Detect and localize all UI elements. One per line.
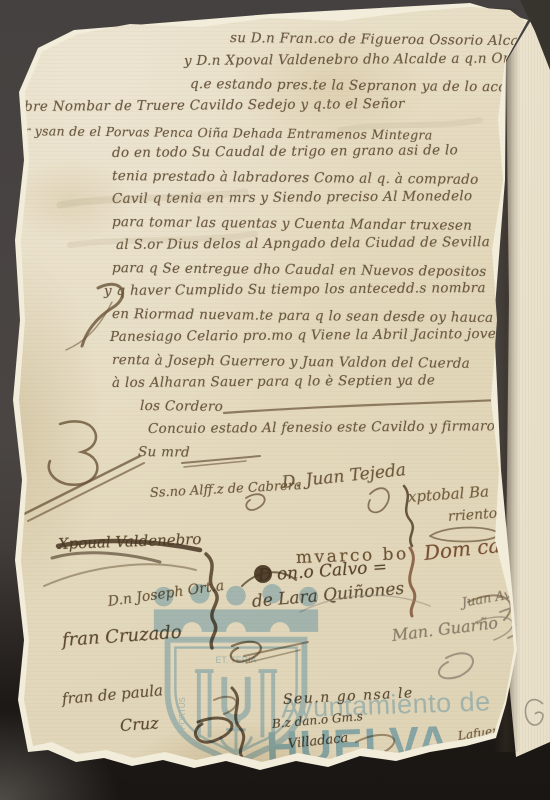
shield-motto-text: ET. TERIA	[216, 655, 257, 665]
watermark-text-huelva: HUELVA	[265, 716, 451, 774]
adjacent-page-ink-mark	[521, 694, 549, 736]
shield-side-text: PORTUS	[178, 697, 187, 729]
huelva-watermark: ET. TERIA PORTUS Ayuntamiento de HUELVA	[0, 0, 550, 800]
manuscript-page: su D.n Fran.co de Figueroa Ossorio Alcal…	[0, 0, 550, 800]
scanned-manuscript: su D.n Fran.co de Figueroa Ossorio Alcal…	[0, 0, 550, 800]
